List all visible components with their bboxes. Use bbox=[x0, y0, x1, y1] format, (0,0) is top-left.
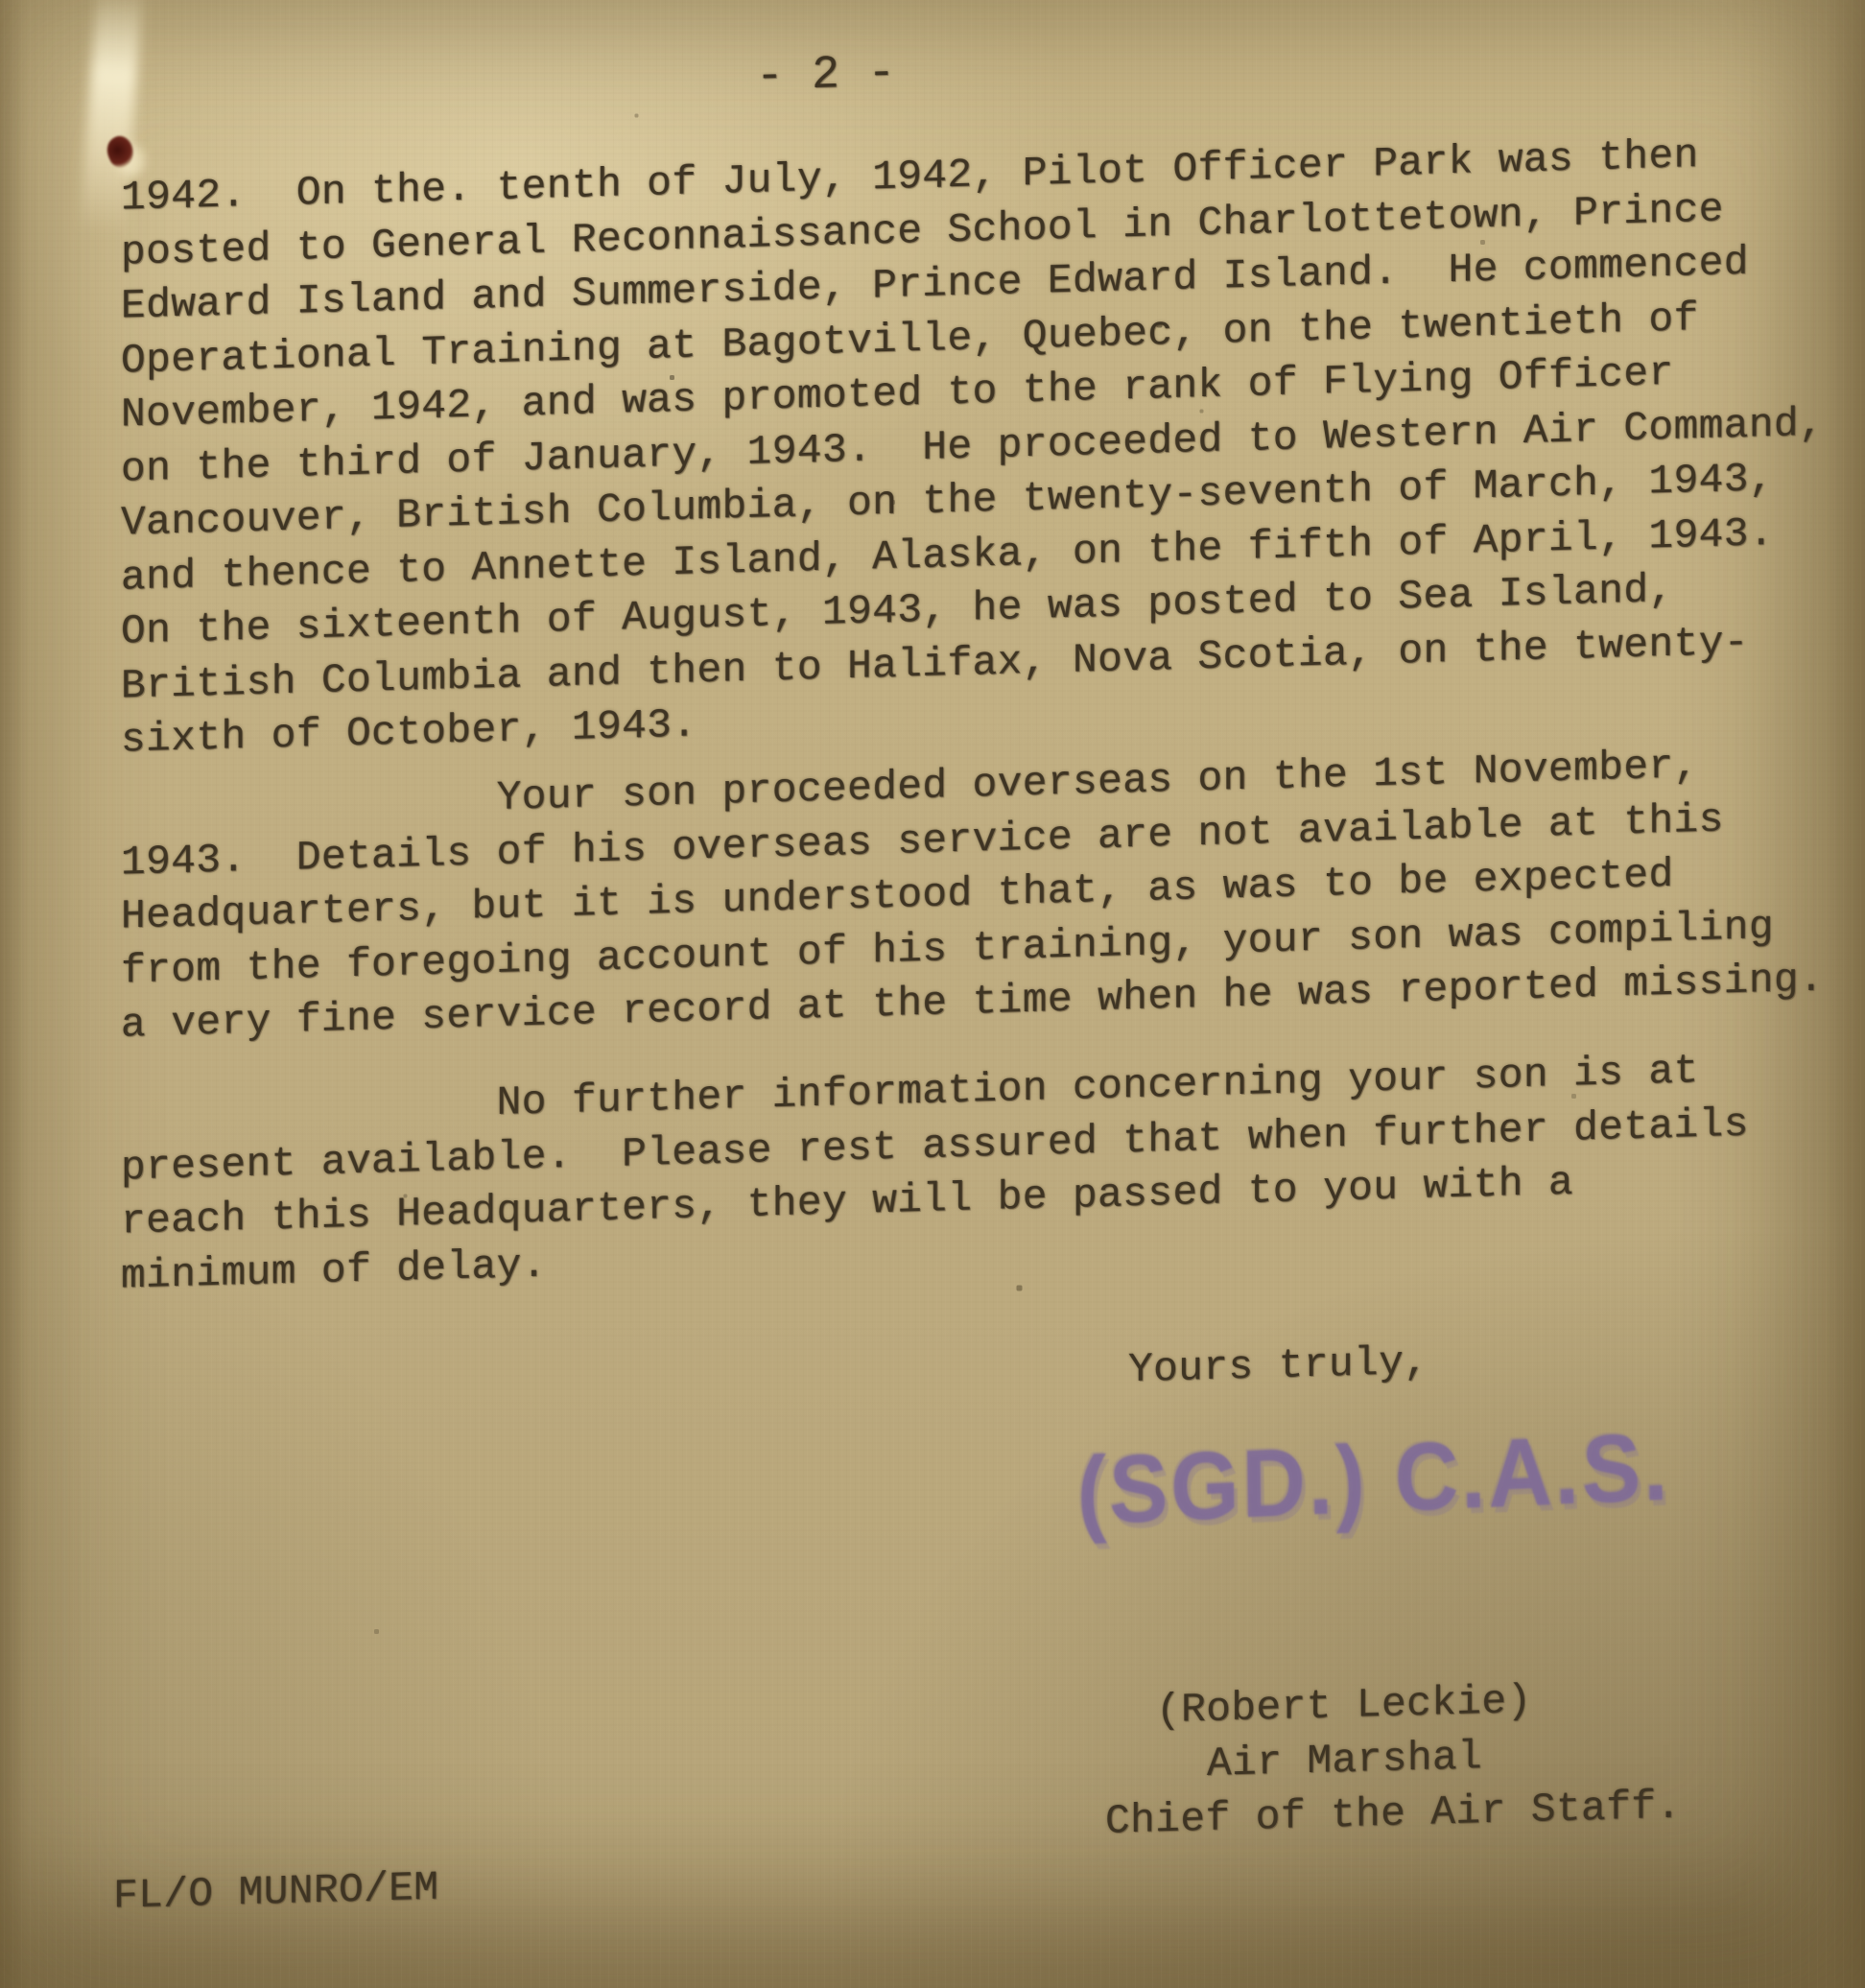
closing-salutation: Yours truly, bbox=[1128, 1336, 1428, 1398]
signatory-name: (Robert Leckie) bbox=[1156, 1674, 1532, 1739]
page-number: - 2 - bbox=[756, 47, 896, 105]
paragraph-no-further-information: No further information concerning your s… bbox=[121, 1043, 1749, 1304]
paragraph-service-history: 1942. On the. tenth of July, 1942, Pilot… bbox=[121, 126, 1824, 769]
signatory-title: Chief of the Air Staff. bbox=[1105, 1780, 1681, 1850]
signed-cas-ink-stamp: (SGD.) C.A.S. bbox=[1076, 1412, 1671, 1548]
reference-line: FL/O MUNRO/EM bbox=[113, 1861, 438, 1925]
signatory-rank: Air Marshal bbox=[1207, 1730, 1482, 1791]
document-page: - 2 - 1942. On the. tenth of July, 1942,… bbox=[0, 0, 1865, 1988]
letter-content: - 2 - 1942. On the. tenth of July, 1942,… bbox=[0, 0, 1865, 1988]
paragraph-overseas-service: Your son proceeded overseas on the 1st N… bbox=[121, 736, 1824, 1053]
